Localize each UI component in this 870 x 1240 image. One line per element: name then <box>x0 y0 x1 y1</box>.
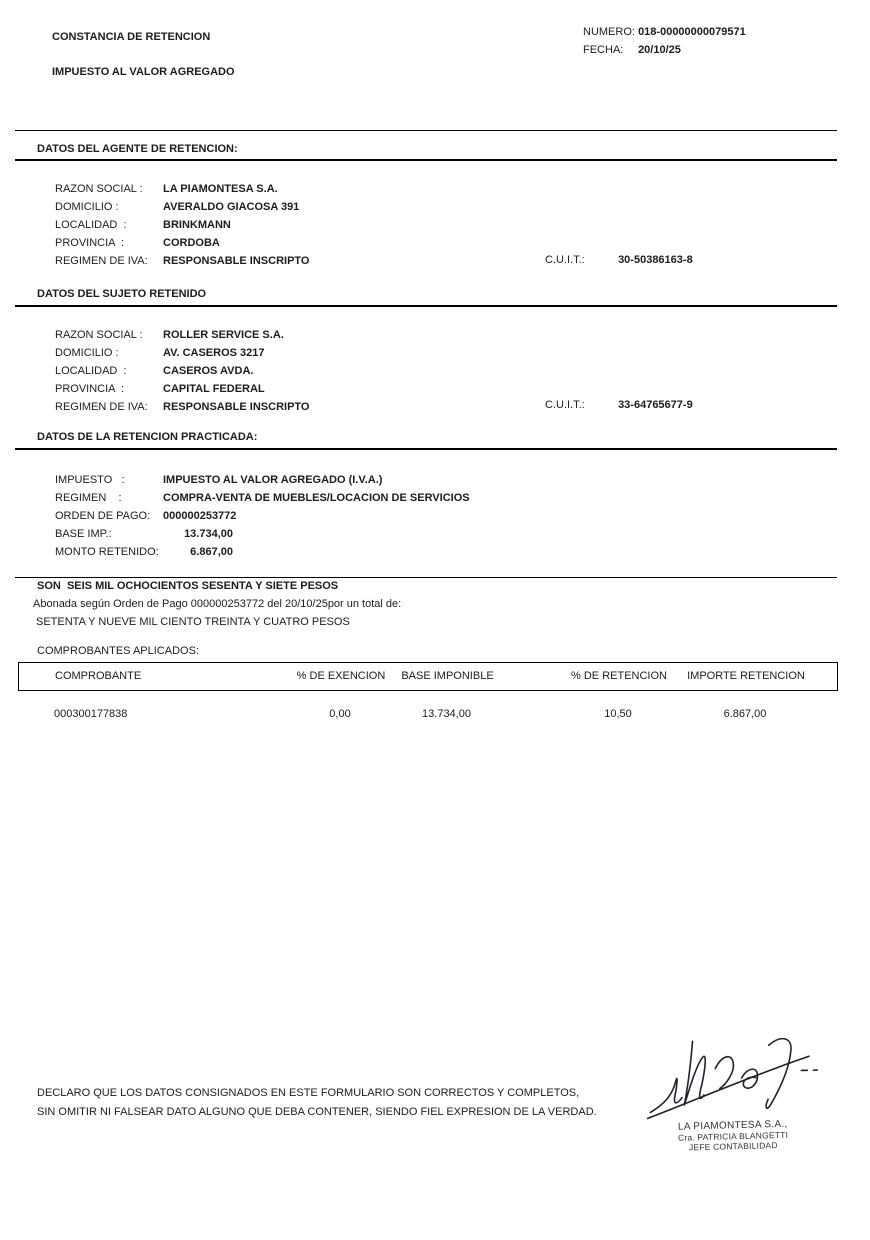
retention-certificate-document: CONSTANCIA DE RETENCION IMPUESTO AL VALO… <box>0 0 870 1240</box>
field-row-base-imponible: BASE IMP.:13.734,00 <box>55 525 470 543</box>
field-value: ROLLER SERVICE S.A. <box>163 329 284 341</box>
field-value: 6.867,00 <box>163 543 233 561</box>
field-value: BRINKMANN <box>163 219 231 231</box>
divider <box>15 159 837 161</box>
field-row-regimen: REGIMEN :COMPRA-VENTA DE MUEBLES/LOCACIO… <box>55 489 470 507</box>
column-header-base-imponible: BASE IMPONIBLE <box>385 663 510 689</box>
field-row-localidad: LOCALIDAD :BRINKMANN <box>55 216 310 234</box>
field-row-provincia: PROVINCIA :CAPITAL FEDERAL <box>55 380 310 398</box>
fecha-row: FECHA: 20/10/25 <box>583 44 681 56</box>
document-title: CONSTANCIA DE RETENCION <box>52 31 210 43</box>
column-header-comprobante: COMPROBANTE <box>55 663 295 689</box>
payment-order-line: Abonada según Orden de Pago 000000253772… <box>33 598 401 610</box>
field-row-regimen-iva: REGIMEN DE IVA:RESPONSABLE INSCRIPTO <box>55 398 310 416</box>
divider <box>15 305 837 307</box>
agente-fields: RAZON SOCIAL :LA PIAMONTESA S.A. DOMICIL… <box>55 180 310 270</box>
cuit-label: C.U.I.T.: <box>545 399 615 411</box>
cell-pct-retencion: 10,50 <box>558 706 678 722</box>
field-label: PROVINCIA : <box>55 234 163 252</box>
field-label: REGIMEN DE IVA: <box>55 252 163 270</box>
field-row-regimen-iva: REGIMEN DE IVA:RESPONSABLE INSCRIPTO <box>55 252 310 270</box>
field-value: CORDOBA <box>163 237 220 249</box>
amount-in-words-line: SON SEIS MIL OCHOCIENTOS SESENTA Y SIETE… <box>37 580 338 592</box>
numero-label: NUMERO: <box>583 26 635 38</box>
field-label: DOMICILIO : <box>55 198 163 216</box>
field-label: PROVINCIA : <box>55 380 163 398</box>
fecha-label: FECHA: <box>583 44 635 56</box>
divider <box>15 577 837 578</box>
cell-importe-retencion: 6.867,00 <box>670 706 820 722</box>
numero-value: 018-00000000079571 <box>638 26 746 38</box>
cuit-value: 33-64765677-9 <box>618 399 693 411</box>
field-value: IMPUESTO AL VALOR AGREGADO (I.V.A.) <box>163 474 382 486</box>
divider <box>15 448 837 450</box>
cell-pct-exencion: 0,00 <box>280 706 400 722</box>
field-label: ORDEN DE PAGO: <box>55 507 163 525</box>
agente-cuit-row: C.U.I.T.: 30-50386163-8 <box>545 254 693 266</box>
field-value: CAPITAL FEDERAL <box>163 383 265 395</box>
column-header-pct-exencion: % DE EXENCION <box>281 663 401 689</box>
field-value: RESPONSABLE INSCRIPTO <box>163 255 310 267</box>
cuit-label: C.U.I.T.: <box>545 254 615 266</box>
section-title-sujeto: DATOS DEL SUJETO RETENIDO <box>37 288 206 300</box>
sujeto-fields: RAZON SOCIAL :ROLLER SERVICE S.A. DOMICI… <box>55 326 310 416</box>
sujeto-cuit-row: C.U.I.T.: 33-64765677-9 <box>545 399 693 411</box>
field-value: CASEROS AVDA. <box>163 365 253 377</box>
cell-base-imponible: 13.734,00 <box>384 706 509 722</box>
handwritten-signature-icon <box>640 1026 832 1126</box>
stamp-text: LA PIAMONTESA S.A., Cra. PATRICIA BLANGE… <box>633 1118 834 1154</box>
cuit-value: 30-50386163-8 <box>618 254 693 266</box>
field-label: REGIMEN : <box>55 489 163 507</box>
field-label: RAZON SOCIAL : <box>55 180 163 198</box>
field-value: LA PIAMONTESA S.A. <box>163 183 278 195</box>
field-value: RESPONSABLE INSCRIPTO <box>163 401 310 413</box>
field-label: REGIMEN DE IVA: <box>55 398 163 416</box>
field-value: AV. CASEROS 3217 <box>163 347 265 359</box>
document-subtitle: IMPUESTO AL VALOR AGREGADO <box>52 66 235 78</box>
field-label: LOCALIDAD : <box>55 362 163 380</box>
field-label: BASE IMP.: <box>55 525 163 543</box>
retencion-fields: IMPUESTO :IMPUESTO AL VALOR AGREGADO (I.… <box>55 471 470 561</box>
total-in-words-line: SETENTA Y NUEVE MIL CIENTO TREINTA Y CUA… <box>36 616 350 628</box>
column-header-pct-retencion: % DE RETENCION <box>559 663 679 689</box>
field-row-localidad: LOCALIDAD :CASEROS AVDA. <box>55 362 310 380</box>
field-label: DOMICILIO : <box>55 344 163 362</box>
section-title-comprobantes: COMPROBANTES APLICADOS: <box>37 645 199 657</box>
field-label: RAZON SOCIAL : <box>55 326 163 344</box>
table-row: 000300177838 0,00 13.734,00 10,50 6.867,… <box>18 706 838 722</box>
cell-comprobante: 000300177838 <box>54 706 294 722</box>
field-row-razon-social: RAZON SOCIAL :LA PIAMONTESA S.A. <box>55 180 310 198</box>
fecha-value: 20/10/25 <box>638 44 681 56</box>
field-label: MONTO RETENIDO: <box>55 543 163 561</box>
field-label: IMPUESTO : <box>55 471 163 489</box>
field-row-domicilio: DOMICILIO :AV. CASEROS 3217 <box>55 344 310 362</box>
field-row-provincia: PROVINCIA :CORDOBA <box>55 234 310 252</box>
section-title-agente: DATOS DEL AGENTE DE RETENCION: <box>37 143 238 155</box>
declaration-line-1: DECLARO QUE LOS DATOS CONSIGNADOS EN EST… <box>37 1087 579 1099</box>
section-title-retencion: DATOS DE LA RETENCION PRACTICADA: <box>37 431 257 443</box>
signature-block: LA PIAMONTESA S.A., Cra. PATRICIA BLANGE… <box>630 1025 853 1166</box>
field-row-monto-retenido: MONTO RETENIDO:6.867,00 <box>55 543 470 561</box>
column-header-importe-retencion: IMPORTE RETENCION <box>671 663 821 689</box>
field-row-domicilio: DOMICILIO :AVERALDO GIACOSA 391 <box>55 198 310 216</box>
declaration-line-2: SIN OMITIR NI FALSEAR DATO ALGUNO QUE DE… <box>37 1106 597 1118</box>
field-row-impuesto: IMPUESTO :IMPUESTO AL VALOR AGREGADO (I.… <box>55 471 470 489</box>
field-value: COMPRA-VENTA DE MUEBLES/LOCACION DE SERV… <box>163 492 470 504</box>
field-value: AVERALDO GIACOSA 391 <box>163 201 299 213</box>
numero-row: NUMERO: 018-00000000079571 <box>583 26 746 38</box>
field-label: LOCALIDAD : <box>55 216 163 234</box>
field-value: 000000253772 <box>163 510 236 522</box>
field-row-razon-social: RAZON SOCIAL :ROLLER SERVICE S.A. <box>55 326 310 344</box>
comprobantes-table-header: COMPROBANTE % DE EXENCION BASE IMPONIBLE… <box>18 662 838 691</box>
field-row-orden-de-pago: ORDEN DE PAGO:000000253772 <box>55 507 470 525</box>
divider <box>15 130 837 131</box>
field-value: 13.734,00 <box>163 525 233 543</box>
